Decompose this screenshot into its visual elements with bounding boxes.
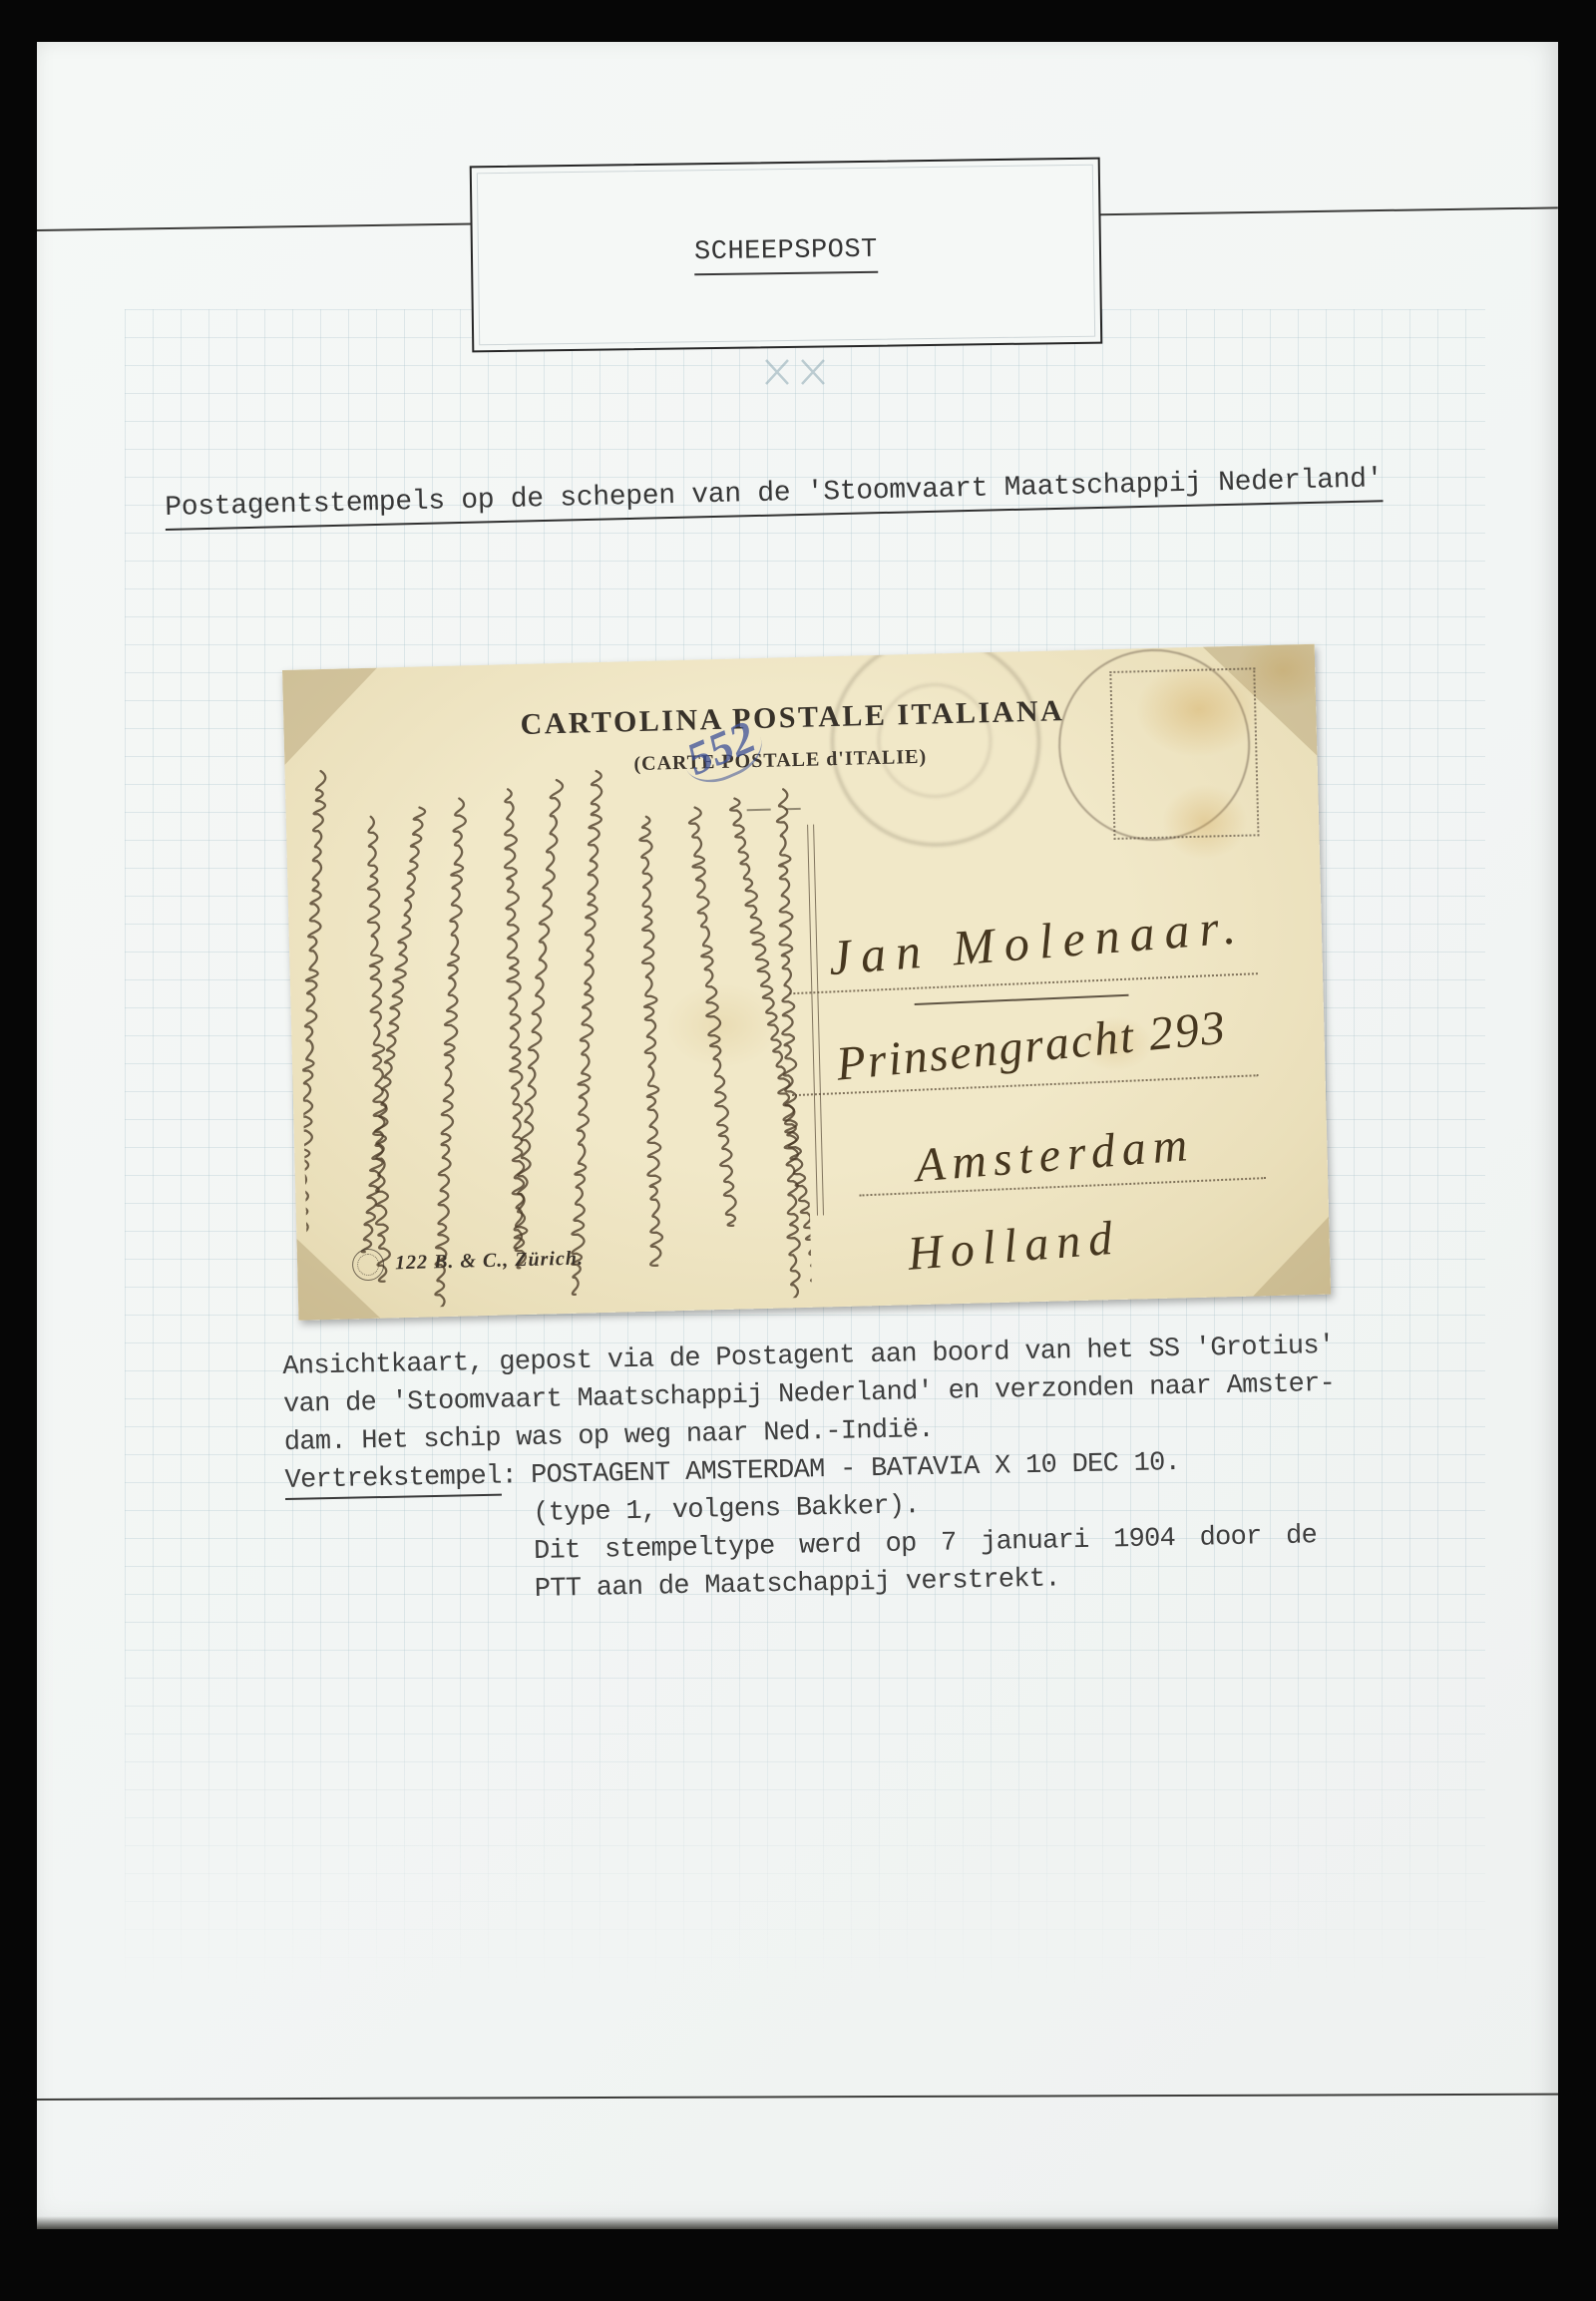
address-country: Holland — [906, 1210, 1122, 1281]
publisher-imprint: 122 B. & C., Zürich. — [395, 1248, 584, 1276]
postcard-center-divider — [807, 825, 824, 1216]
bottom-border-rule — [37, 2094, 1558, 2101]
vertrekstempel-label: Vertrekstempel — [284, 1462, 502, 1500]
address-name-underline — [915, 994, 1129, 1005]
scheepspost-title-box: SCHEEPSPOST — [470, 158, 1103, 353]
page-bottom-edge-shadow — [37, 2216, 1558, 2229]
photo-corner-bottom-right — [1251, 1217, 1331, 1297]
postcard: CARTOLINA POSTALE ITALIANA (CARTE POSTAL… — [282, 644, 1331, 1321]
vertrekstempel-colon: : — [501, 1461, 517, 1491]
album-page: SCHEEPSPOST Postagentstempels op de sche… — [37, 42, 1558, 2229]
handwritten-message — [294, 747, 812, 1311]
pencil-x-marks-icon — [763, 357, 829, 387]
scheepspost-title: SCHEEPSPOST — [694, 234, 878, 275]
photo-corner-top-left — [282, 668, 379, 765]
address-name: Jan Molenaar. — [827, 897, 1248, 986]
caption-block: Ansichtkaart, gepost via de Postagent aa… — [282, 1325, 1464, 1614]
scheepspost-inner-frame: SCHEEPSPOST — [477, 165, 1095, 346]
stamp-box-outline — [1109, 667, 1259, 840]
